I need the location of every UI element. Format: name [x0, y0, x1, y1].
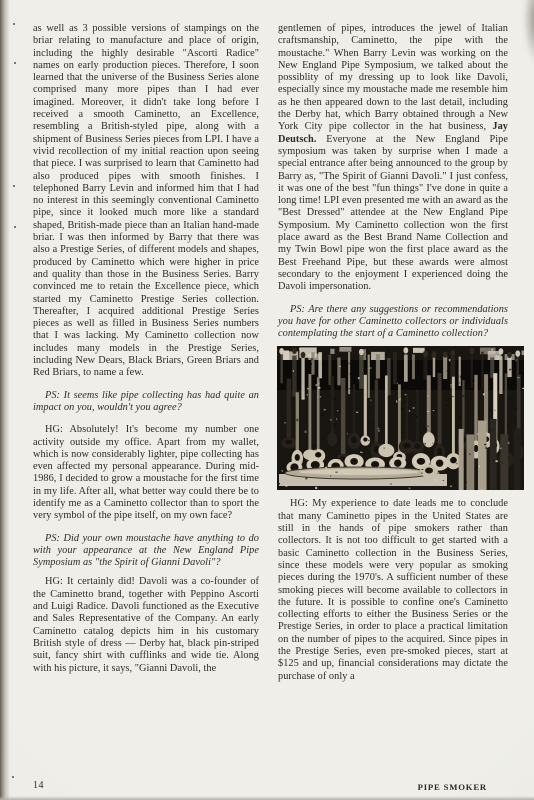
interview-question: PS: Are there any suggestions or recomme…: [278, 304, 508, 341]
scan-speck: [13, 23, 15, 25]
body-paragraph: gentlemen of pipes, introduces the jewel…: [278, 23, 508, 294]
caminetto-pipe-collection-photo: [277, 346, 524, 490]
right-column: gentlemen of pipes, introduces the jewel…: [278, 23, 508, 683]
page-number: 14: [33, 780, 44, 791]
magazine-page: as well as 3 possible versions of stampi…: [0, 0, 534, 800]
interview-question: PS: It seems like pipe collecting has ha…: [33, 390, 259, 415]
scan-bottom-shadow: [0, 796, 534, 800]
interview-answer: HG: Absolutely! It's become my number on…: [33, 424, 259, 522]
left-column: as well as 3 possible versions of stampi…: [33, 23, 259, 675]
scan-speck: [14, 62, 16, 64]
interview-question: PS: Did your own moustache have anything…: [33, 533, 259, 570]
scan-edge-shadow: [0, 0, 10, 800]
scan-speck: [13, 185, 15, 187]
scan-speck: [14, 226, 16, 228]
scan-smudge: [508, 0, 534, 142]
body-paragraph: as well as 3 possible versions of stampi…: [33, 23, 259, 380]
interview-answer: HG: My experience to date leads me to co…: [278, 498, 508, 682]
interview-answer: HG: It certainly did! Davoli was a co-fo…: [33, 576, 259, 674]
scan-speck: [12, 776, 14, 778]
text-columns: as well as 3 possible versions of stampi…: [33, 23, 508, 683]
journal-title: PIPE SMOKER: [418, 782, 487, 792]
